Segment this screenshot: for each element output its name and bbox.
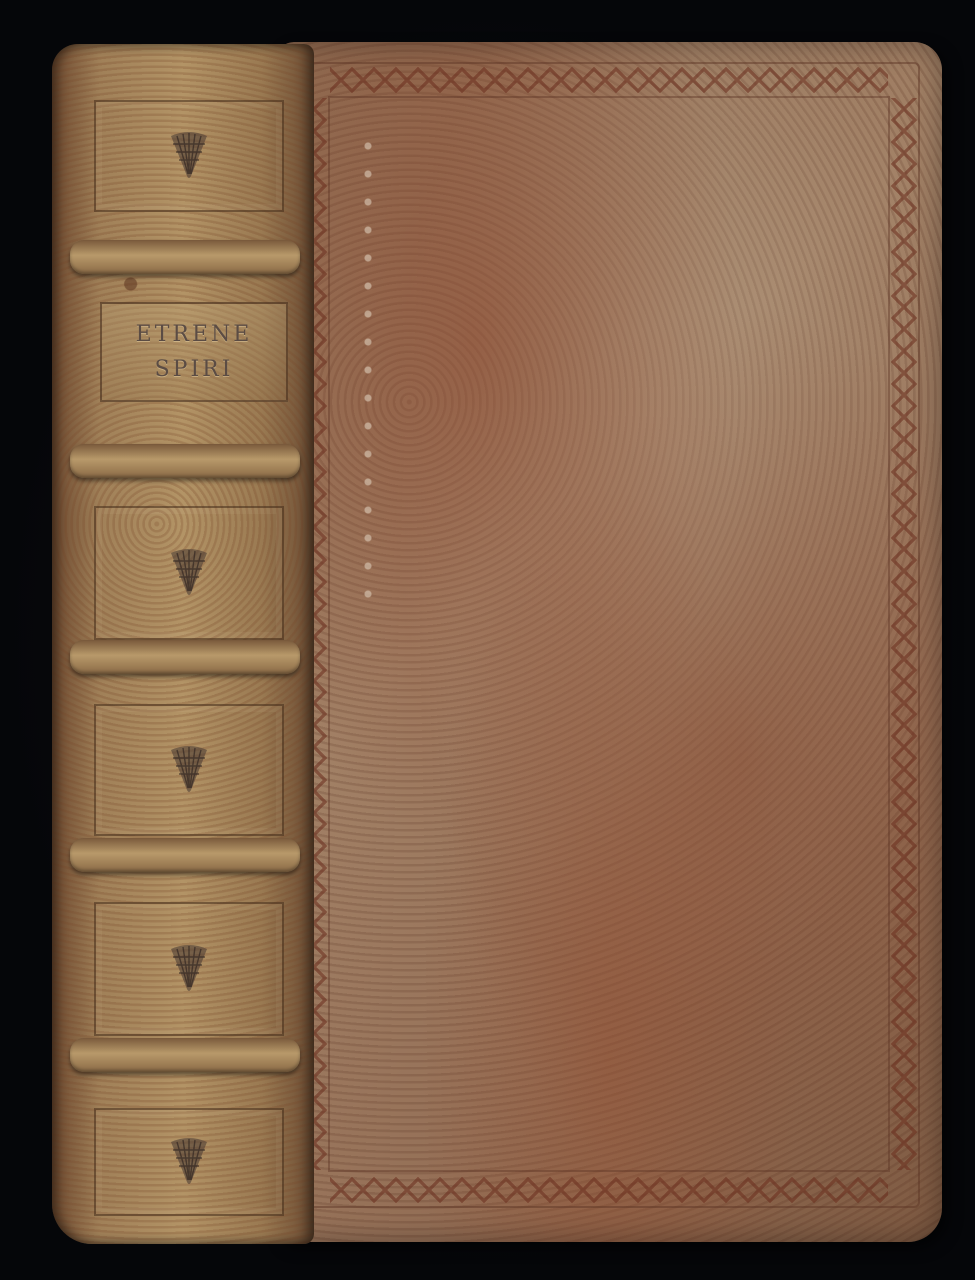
spine-title-line-2: SPIRI xyxy=(155,357,234,382)
spine-panel-4 xyxy=(94,902,284,1036)
scallop-shell-icon xyxy=(169,130,209,182)
spine-panel-2 xyxy=(94,506,284,640)
spine: ETRENE SPIRI xyxy=(52,44,314,1244)
spine-raised-band xyxy=(70,838,300,872)
dot-tooling xyxy=(364,132,372,612)
zigzag-tooling-right xyxy=(890,98,918,1170)
spine-title-line-1: ETRENE xyxy=(136,322,253,347)
spine-raised-band xyxy=(70,444,300,478)
spine-panel-5 xyxy=(94,1108,284,1216)
scallop-shell-icon xyxy=(169,547,209,599)
spine-raised-band xyxy=(70,1038,300,1072)
scallop-shell-icon xyxy=(169,744,209,796)
zigzag-tooling-top xyxy=(330,66,888,94)
cover-inner-border xyxy=(328,96,890,1172)
scallop-shell-icon xyxy=(169,943,209,995)
zigzag-tooling-bottom xyxy=(330,1176,888,1204)
spine-raised-band xyxy=(70,640,300,674)
spine-title-label: ETRENE SPIRI xyxy=(100,302,288,402)
spine-panel-3 xyxy=(94,704,284,836)
book: ETRENE SPIRI xyxy=(44,38,946,1250)
scallop-shell-icon xyxy=(169,1136,209,1188)
spine-raised-band xyxy=(70,240,300,274)
spine-panel-1 xyxy=(94,100,284,212)
front-cover xyxy=(276,42,942,1242)
